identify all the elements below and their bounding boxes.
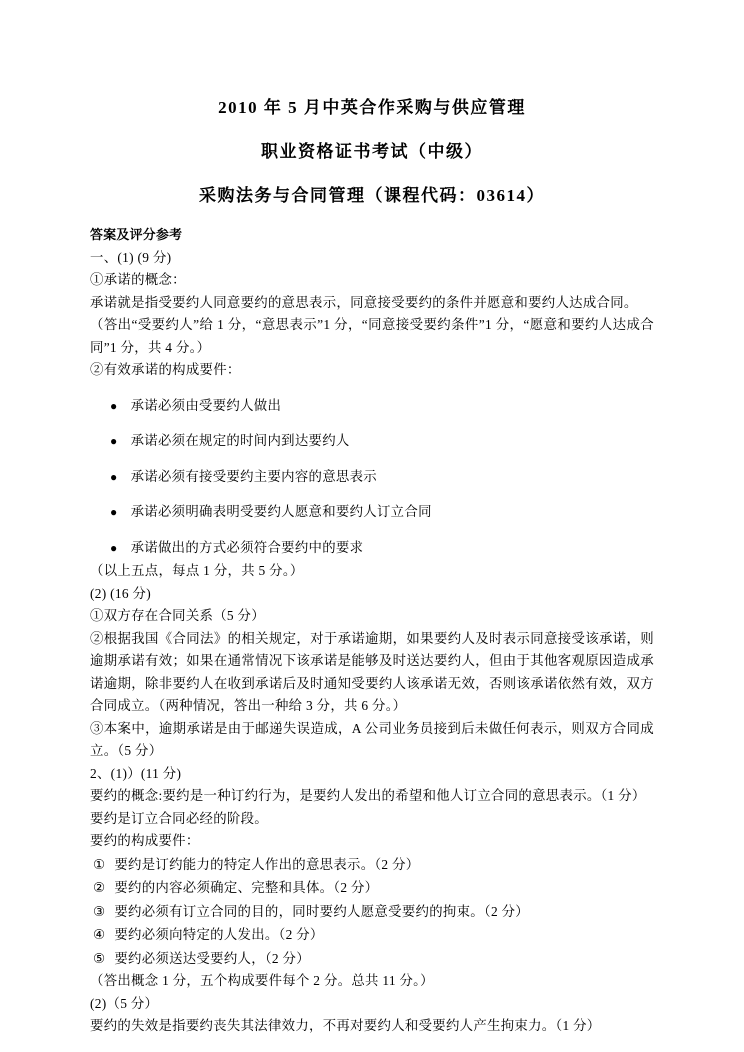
- item-text: 要约必须有订立合同的目的，同时要约人愿意受要约的拘束。（2 分）: [114, 901, 529, 924]
- title-line-1: 2010 年 5 月中英合作采购与供应管理: [90, 86, 654, 130]
- item-number: ①: [90, 854, 105, 877]
- title-line-2: 职业资格证书考试（中级）: [90, 130, 654, 174]
- section-heading: 答案及评分参考: [90, 224, 654, 247]
- bullet-text: 承诺必须有接受要约主要内容的意思表示: [131, 466, 377, 489]
- item-text: 要约必须送达受要约人，（2 分）: [114, 948, 310, 971]
- q1-bullets-score: （以上五点，每点 1 分，共 5 分。）: [90, 560, 654, 583]
- bullet-item: ● 承诺必须在规定的时间内到达要约人: [90, 430, 654, 453]
- item-number: ④: [90, 924, 105, 947]
- q2-part2-label: (2)（5 分）: [90, 993, 654, 1016]
- item-text: 要约必须向特定的人发出。（2 分）: [114, 924, 323, 947]
- bullet-item: ● 承诺做出的方式必须符合要约中的要求: [90, 537, 654, 560]
- q2-part2-text: 要约的失效是指要约丧失其法律效力，不再对要约人和受要约人产生拘束力。（1 分）: [90, 1015, 654, 1038]
- numbered-item: ⑤ 要约必须送达受要约人，（2 分）: [90, 948, 654, 971]
- numbered-item: ③ 要约必须有订立合同的目的，同时要约人愿意受要约的拘束。（2 分）: [90, 901, 654, 924]
- title-line-3: 采购法务与合同管理（课程代码：03614）: [90, 174, 654, 218]
- numbered-item: ② 要约的内容必须确定、完整和具体。（2 分）: [90, 877, 654, 900]
- title-block: 2010 年 5 月中英合作采购与供应管理 职业资格证书考试（中级） 采购法务与…: [90, 86, 654, 218]
- bullet-icon: ●: [110, 537, 118, 560]
- bullet-icon: ●: [110, 395, 118, 418]
- q2-stage-text: 要约是订立合同必经的阶段。: [90, 808, 654, 831]
- q2-items-score: （答出概念 1 分，五个构成要件每个 2 分。总共 11 分。）: [90, 970, 654, 993]
- document-page: 2010 年 5 月中英合作采购与供应管理 职业资格证书考试（中级） 采购法务与…: [0, 0, 744, 1052]
- q1-concept-title: ①承诺的概念：: [90, 269, 654, 292]
- numbered-item: ④ 要约必须向特定的人发出。（2 分）: [90, 924, 654, 947]
- bullet-text: 承诺必须由受要约人做出: [131, 395, 282, 418]
- q1-valid-title: ②有效承诺的构成要件：: [90, 359, 654, 382]
- bullet-icon: ●: [110, 501, 118, 524]
- bullet-item: ● 承诺必须明确表明受要约人愿意和要约人订立合同: [90, 501, 654, 524]
- q2-req-title: 要约的构成要件：: [90, 830, 654, 853]
- q1-part2-p3: ③本案中，逾期承诺是由于邮递失误造成，A 公司业务员接到后未做任何表示，则双方合…: [90, 718, 654, 763]
- q2-concept-text: 要约的概念:要约是一种订约行为，是要约人发出的希望和他人订立合同的意思表示。（1…: [90, 785, 654, 808]
- item-number: ②: [90, 877, 105, 900]
- q1-part2-label: (2) (16 分): [90, 583, 654, 606]
- q1-part2-p2: ②根据我国《合同法》的相关规定，对于承诺逾期，如果要约人及时表示同意接受该承诺，…: [90, 628, 654, 718]
- item-text: 要约是订约能力的特定人作出的意思表示。（2 分）: [114, 854, 419, 877]
- bullet-text: 承诺做出的方式必须符合要约中的要求: [131, 537, 364, 560]
- item-number: ⑤: [90, 948, 105, 971]
- numbered-item: ① 要约是订约能力的特定人作出的意思表示。（2 分）: [90, 854, 654, 877]
- q1-part2-p1: ①双方存在合同关系（5 分）: [90, 605, 654, 628]
- bullet-icon: ●: [110, 430, 118, 453]
- answer-body: 答案及评分参考 一、(1) (9 分) ①承诺的概念： 承诺就是指受要约人同意要…: [90, 224, 654, 1038]
- item-text: 要约的内容必须确定、完整和具体。（2 分）: [114, 877, 378, 900]
- q1-label: 一、(1) (9 分): [90, 247, 654, 270]
- item-number: ③: [90, 901, 105, 924]
- q1-concept-score: （答出“受要约人”给 1 分，“意思表示”1 分，“同意接受要约条件”1 分，“…: [90, 314, 654, 359]
- bullet-item: ● 承诺必须由受要约人做出: [90, 395, 654, 418]
- page-content: 2010 年 5 月中英合作采购与供应管理 职业资格证书考试（中级） 采购法务与…: [0, 0, 744, 1038]
- bullet-text: 承诺必须在规定的时间内到达要约人: [131, 430, 350, 453]
- bullet-item: ● 承诺必须有接受要约主要内容的意思表示: [90, 466, 654, 489]
- q1-concept-text: 承诺就是指受要约人同意要约的意思表示，同意接受要约的条件并愿意和要约人达成合同。: [90, 292, 654, 315]
- bullet-icon: ●: [110, 466, 118, 489]
- q2-label: 2、(1)）(11 分): [90, 763, 654, 786]
- bullet-text: 承诺必须明确表明受要约人愿意和要约人订立合同: [131, 501, 432, 524]
